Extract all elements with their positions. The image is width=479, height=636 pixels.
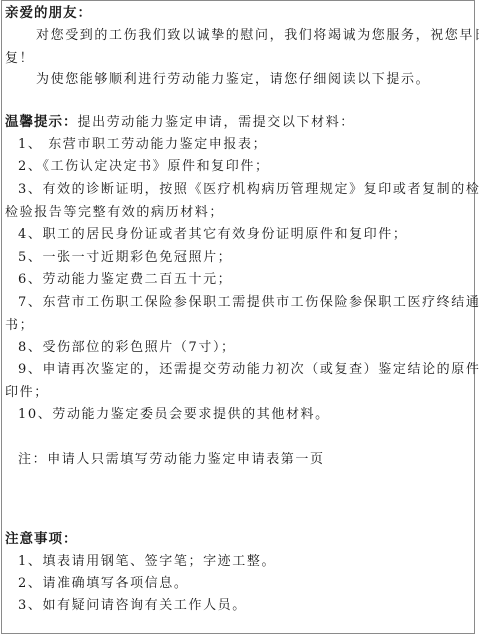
tip-item-5: 5、一张一寸近期彩色免冠照片；	[18, 250, 468, 266]
notice-item-1: 1、填表请用钢笔、签字笔；字迹工整。	[18, 554, 468, 570]
document-page: 亲爱的朋友： 对您受到的工伤我们致以诚挚的慰问，我们将竭诚为您服务，祝您早日康 …	[1, 0, 475, 634]
tips-note: 注：申请人只需填写劳动能力鉴定申请表第一页	[18, 452, 468, 468]
tips-heading: 温馨提示：	[5, 114, 78, 130]
tip-item-4: 4、职工的居民身份证或者其它有效身份证明原件和复印件；	[18, 227, 468, 243]
tip-item-3-line-1: 3、有效的诊断证明，按照《医疗机构病历管理规定》复印或者复制的检查、	[18, 182, 468, 198]
tip-item-2: 2、《工伤认定决定书》原件和复印件；	[18, 159, 468, 175]
tip-item-8: 8、受伤部位的彩色照片（7寸）；	[18, 340, 468, 356]
greeting-paragraph-2: 为使您能够顺利进行劳动能力鉴定，请您仔细阅读以下提示。	[36, 72, 468, 88]
greeting-title: 亲爱的朋友：	[5, 5, 468, 21]
tip-item-1: 1、 东营市职工劳动能力鉴定申报表；	[18, 137, 468, 153]
tip-item-7-line-2: 书；	[5, 318, 468, 334]
tip-item-7-line-1: 7、东营市工伤职工保险参保职工需提供市工伤保险参保职工医疗终结通知	[18, 295, 468, 311]
tip-item-10: 10、劳动能力鉴定委员会要求提供的其他材料。	[18, 407, 468, 423]
notice-item-2: 2、请准确填写各项信息。	[18, 576, 468, 592]
tips-intro: 提出劳动能力鉴定申请，需提交以下材料：	[78, 115, 355, 130]
greeting-paragraph-1-line-2: 复！	[5, 51, 468, 67]
notices-heading: 注意事项：	[5, 531, 468, 547]
tip-item-6: 6、劳动能力鉴定费二百五十元；	[18, 272, 468, 288]
tips-heading-line: 温馨提示：提出劳动能力鉴定申请，需提交以下材料：	[5, 114, 468, 131]
tip-item-3-line-2: 检验报告等完整有效的病历材料；	[5, 205, 468, 221]
notice-item-3: 3、如有疑问请咨询有关工作人员。	[18, 598, 468, 614]
greeting-paragraph-1-line-1: 对您受到的工伤我们致以诚挚的慰问，我们将竭诚为您服务，祝您早日康	[36, 28, 468, 44]
tip-item-9-line-1: 9、申请再次鉴定的，还需提交劳动能力初次（或复查）鉴定结论的原件和复	[18, 362, 468, 378]
tip-item-9-line-2: 印件；	[5, 385, 468, 401]
